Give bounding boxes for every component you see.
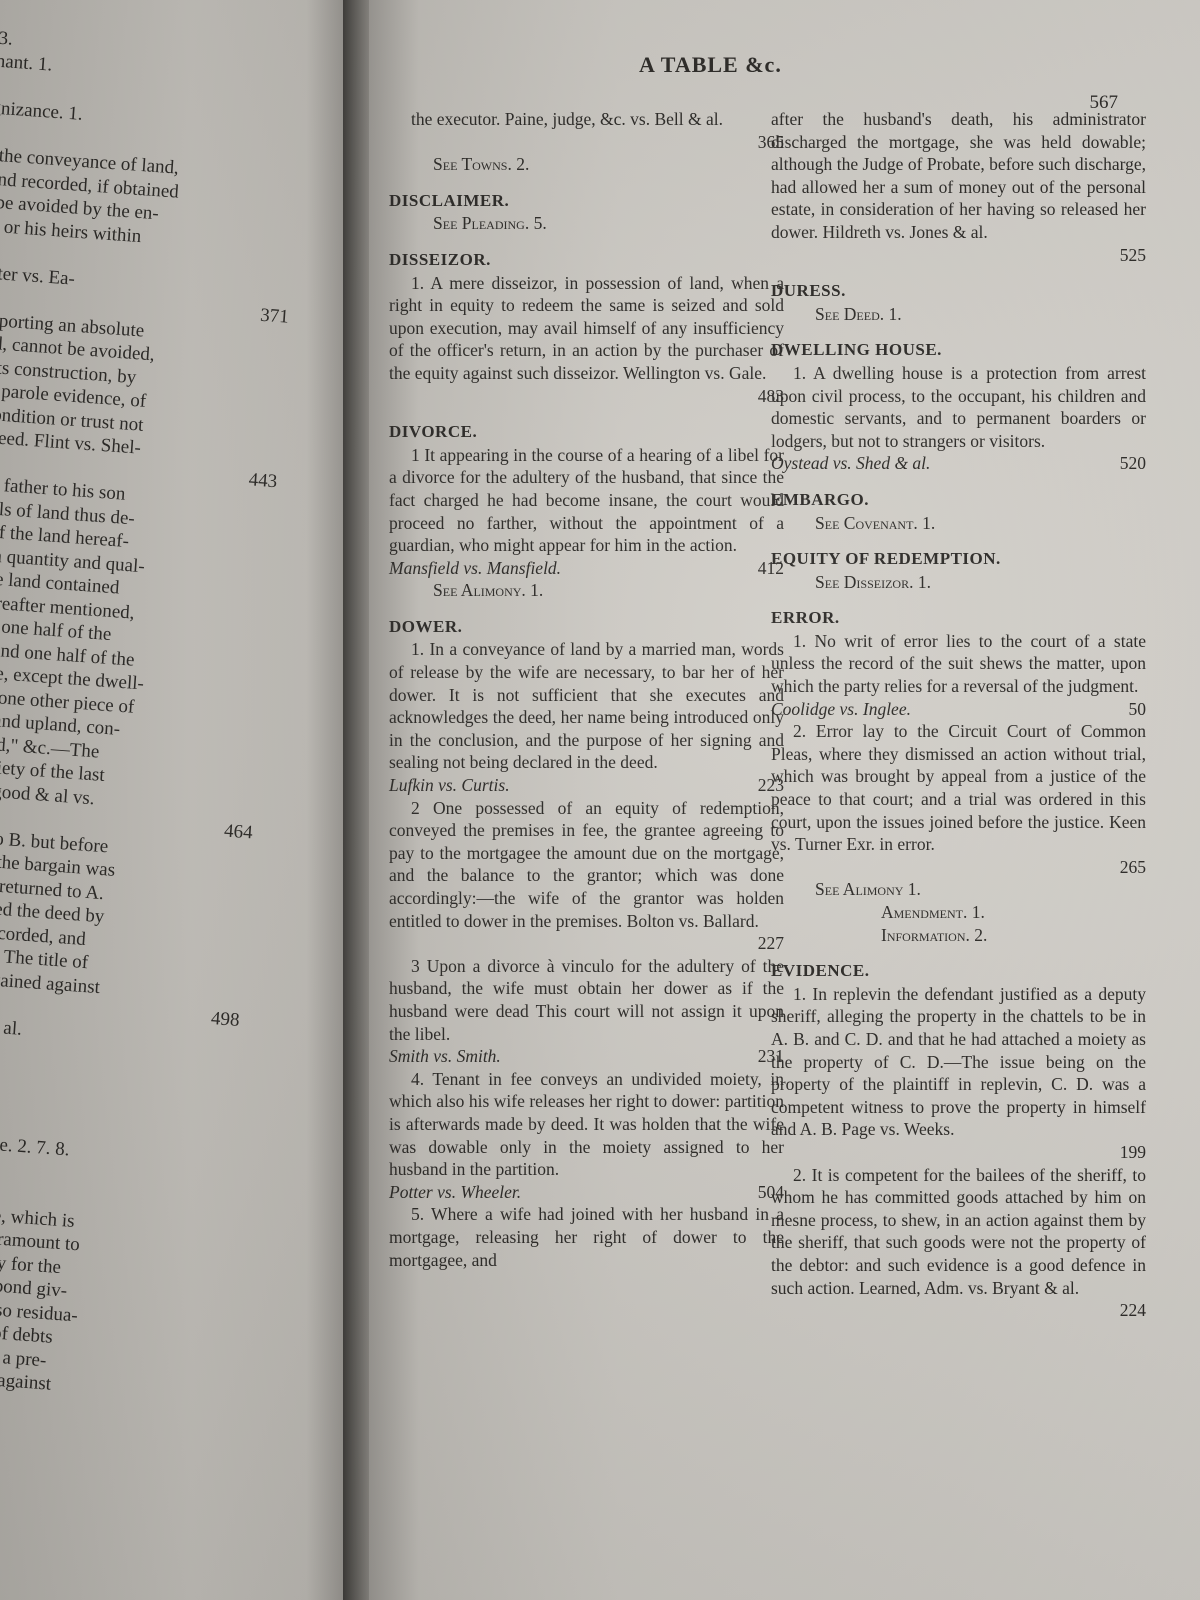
entry-text: 2. Error lay to the Circuit Court of Com… [771, 721, 1146, 854]
index-column-left: the executor. Paine, judge, &c. vs. Bell… [389, 108, 784, 1271]
case-citation: Mansfield vs. Mansfield.412 [389, 557, 784, 580]
case-name: Lufkin vs. Curtis. [389, 774, 510, 797]
index-entry: 1. In a conveyance of land by a married … [389, 638, 784, 774]
index-heading: DWELLING HOUSE. [771, 339, 1146, 362]
case-citation: Smith vs. Smith.231 [389, 1045, 784, 1068]
right-page: A TABLE &c. 567 the executor. Paine, jud… [369, 0, 1200, 1600]
page-reference: 265 [1120, 856, 1146, 879]
cross-reference: Information. 2. [771, 924, 1146, 947]
index-entry: 1. No writ of error lies to the court of… [771, 630, 1146, 698]
index-entry: 1 It appearing in the course of a hearin… [389, 444, 784, 557]
index-heading: DOWER. [389, 616, 784, 639]
case-citation: 525 [771, 244, 1146, 267]
page-reference: 525 [1120, 244, 1146, 267]
entry-text: 1. No writ of error lies to the court of… [771, 631, 1146, 696]
entry-text: the executor. Paine, judge, &c. vs. Bell… [411, 109, 723, 129]
cross-reference: See Alimony. 1. [389, 579, 784, 602]
index-entry: 4. Tenant in fee conveys an undivided mo… [389, 1068, 784, 1181]
case-citation: 265 [771, 856, 1146, 879]
index-heading: DIVORCE. [389, 421, 784, 444]
case-citation: Potter vs. Wheeler.504 [389, 1181, 784, 1204]
index-heading: DISSEIZOR. [389, 249, 784, 272]
entry-text: 1. In replevin the defendant justified a… [771, 984, 1146, 1140]
running-head: A TABLE &c. [639, 52, 782, 78]
left-page-text: ES.Bail. 3.Covenant. 1. Recognizance. 1.… [0, 0, 339, 1410]
page-reference: 224 [1120, 1299, 1146, 1322]
entry-text: 2. It is competent for the bailees of th… [771, 1165, 1146, 1298]
index-entry: 1. A dwelling house is a protection from… [771, 362, 1146, 452]
case-citation: 365 [389, 131, 784, 154]
case-citation: Lufkin vs. Curtis.223 [389, 774, 784, 797]
index-entry: 2. It is competent for the bailees of th… [771, 1164, 1146, 1300]
index-entry: 2 One possessed of an equity of redempti… [389, 797, 784, 933]
case-name: Oystead vs. Shed & al. [771, 452, 930, 475]
entry-text: 2 One possessed of an equity of redempti… [389, 798, 784, 931]
page-reference: 199 [1120, 1141, 1146, 1164]
case-name: Mansfield vs. Mansfield. [389, 557, 561, 580]
index-entry: 2. Error lay to the Circuit Court of Com… [771, 720, 1146, 856]
cross-reference: See Covenant. 1. [771, 512, 1146, 535]
index-entry: 1. In replevin the defendant justified a… [771, 983, 1146, 1141]
entry-text: 5. Where a wife had joined with her husb… [389, 1204, 784, 1269]
cross-reference: See Pleading. 5. [389, 212, 784, 235]
entry-text: after the husband's death, his administr… [771, 109, 1146, 242]
case-name: Smith vs. Smith. [389, 1045, 501, 1068]
entry-text: 1. In a conveyance of land by a married … [389, 639, 784, 772]
entry-text: 4. Tenant in fee conveys an undivided mo… [389, 1069, 784, 1179]
index-column-right: after the husband's death, his administr… [771, 108, 1146, 1322]
index-heading: EVIDENCE. [771, 960, 1146, 983]
case-citation: 224 [771, 1299, 1146, 1322]
entry-text: 1. A mere disseizor, in possession of la… [389, 273, 784, 383]
case-citation: 483 [389, 385, 784, 408]
case-citation: 199 [771, 1141, 1146, 1164]
case-citation: 227 [389, 932, 784, 955]
cross-reference: See Towns. 2. [389, 153, 784, 176]
index-heading: DISCLAIMER. [389, 190, 784, 213]
index-entry: 3 Upon a divorce à vinculo for the adult… [389, 955, 784, 1045]
page-reference: 50 [1129, 698, 1147, 721]
case-name: Potter vs. Wheeler. [389, 1181, 521, 1204]
case-name: Coolidge vs. Inglee. [771, 698, 911, 721]
entry-text: 1. A dwelling house is a protection from… [771, 363, 1146, 451]
book-spread: ES.Bail. 3.Covenant. 1. Recognizance. 1.… [0, 0, 1200, 1600]
book-gutter [343, 0, 369, 1600]
cross-reference: See Disseizor. 1. [771, 571, 1146, 594]
index-entry: the executor. Paine, judge, &c. vs. Bell… [389, 108, 784, 131]
cross-reference: See Alimony 1. [771, 878, 1146, 901]
index-entry: after the husband's death, his administr… [771, 108, 1146, 244]
index-heading: ERROR. [771, 607, 1146, 630]
cross-reference: Amendment. 1. [771, 901, 1146, 924]
index-entry: 5. Where a wife had joined with her husb… [389, 1203, 784, 1271]
case-citation: Oystead vs. Shed & al.520 [771, 452, 1146, 475]
page-reference: 520 [1120, 452, 1146, 475]
left-page: ES.Bail. 3.Covenant. 1. Recognizance. 1.… [0, 0, 345, 1600]
cross-reference: See Deed. 1. [771, 303, 1146, 326]
index-entry: 1. A mere disseizor, in possession of la… [389, 272, 784, 385]
index-heading: DURESS. [771, 280, 1146, 303]
index-heading: EQUITY OF REDEMPTION. [771, 548, 1146, 571]
case-citation: Coolidge vs. Inglee.50 [771, 698, 1146, 721]
index-heading: EMBARGO. [771, 489, 1146, 512]
entry-text: 1 It appearing in the course of a hearin… [389, 445, 784, 555]
entry-text: 3 Upon a divorce à vinculo for the adult… [389, 956, 784, 1044]
